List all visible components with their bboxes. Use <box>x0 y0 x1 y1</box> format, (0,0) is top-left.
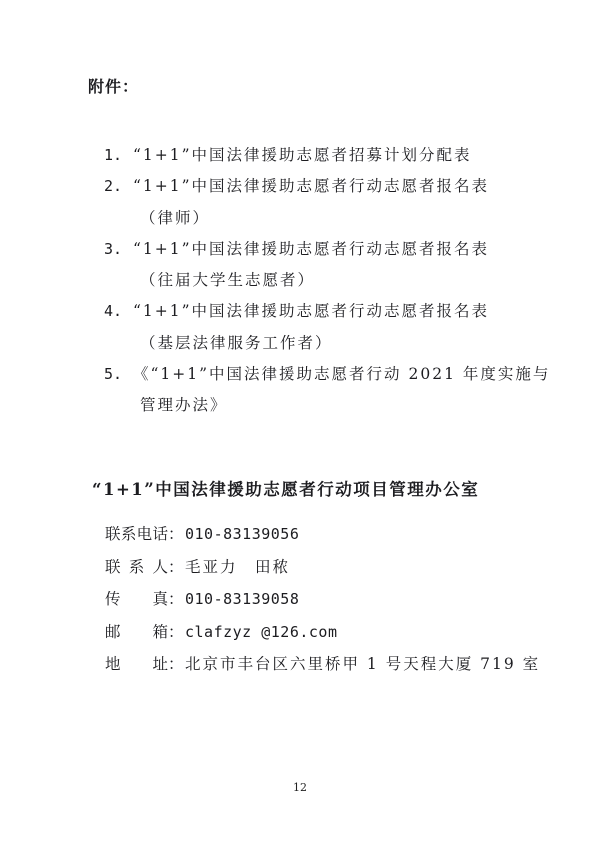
attachment-item-4: 4. “1+1”中国法律援助志愿者行动志愿者报名表 （基层法律服务工作者） <box>104 296 544 359</box>
item-subtitle: （基层法律服务工作者） <box>140 328 544 359</box>
contact-fax-value: 010-83139058 <box>185 583 299 616</box>
item-number: 5. <box>104 359 133 390</box>
contact-person-value: 毛亚力 田秾 <box>185 551 290 584</box>
item-text: “1+1”中国法律援助志愿者招募计划分配表 <box>133 140 544 171</box>
attachment-list: 1. “1+1”中国法律援助志愿者招募计划分配表 2. “1+1”中国法律援助志… <box>104 140 544 422</box>
item-text: “1+1”中国法律援助志愿者行动志愿者报名表 （律师） <box>133 171 544 234</box>
contact-colon: ： <box>168 648 185 681</box>
contact-row-fax: 传真：010-83139058 <box>105 583 565 616</box>
attachment-item-5: 5. 《“1+1”中国法律援助志愿者行动 2021 年度实施与 管理办法》 <box>104 359 544 422</box>
contact-row-address: 地址：北京市丰台区六里桥甲 1 号天程大厦 719 室 <box>105 648 565 681</box>
contact-label: 邮箱 <box>105 616 168 649</box>
attachment-heading: 附件： <box>88 74 139 97</box>
item-text: “1+1”中国法律援助志愿者行动志愿者报名表 （基层法律服务工作者） <box>133 296 544 359</box>
item-title: “1+1”中国法律援助志愿者行动志愿者报名表 <box>133 234 544 265</box>
contact-label: 地址 <box>105 648 168 681</box>
contact-colon: ： <box>168 616 185 649</box>
item-subtitle: （律师） <box>140 203 544 234</box>
contact-colon: ： <box>168 551 185 584</box>
contact-colon: ： <box>168 518 185 551</box>
contact-phone-value: 010-83139056 <box>185 518 299 551</box>
contact-label: 传真 <box>105 583 168 616</box>
office-title: “1+1”中国法律援助志愿者行动项目管理办公室 <box>92 478 479 502</box>
item-title: “1+1”中国法律援助志愿者行动志愿者报名表 <box>133 296 544 327</box>
contact-row-person: 联系人：毛亚力 田秾 <box>105 551 565 584</box>
attachment-item-3: 3. “1+1”中国法律援助志愿者行动志愿者报名表 （往届大学生志愿者） <box>104 234 544 297</box>
item-subtitle: 管理办法》 <box>140 390 550 421</box>
item-text: “1+1”中国法律援助志愿者行动志愿者报名表 （往届大学生志愿者） <box>133 234 544 297</box>
attachment-item-1: 1. “1+1”中国法律援助志愿者招募计划分配表 <box>104 140 544 171</box>
item-text: 《“1+1”中国法律援助志愿者行动 2021 年度实施与 管理办法》 <box>133 359 550 422</box>
attachment-item-2: 2. “1+1”中国法律援助志愿者行动志愿者报名表 （律师） <box>104 171 544 234</box>
item-title: 《“1+1”中国法律援助志愿者行动 2021 年度实施与 <box>133 359 550 390</box>
document-page: 附件： 1. “1+1”中国法律援助志愿者招募计划分配表 2. “1+1”中国法… <box>0 0 600 848</box>
contact-address-value: 北京市丰台区六里桥甲 1 号天程大厦 719 室 <box>185 648 540 681</box>
item-number: 3. <box>104 234 133 265</box>
item-number: 1. <box>104 140 133 171</box>
contact-block: 联系电话：010-83139056 联系人：毛亚力 田秾 传真：010-8313… <box>105 518 565 681</box>
contact-row-email: 邮箱：clafzyz @126.com <box>105 616 565 649</box>
item-number: 4. <box>104 296 133 327</box>
contact-label: 联系人 <box>105 551 168 584</box>
item-subtitle: （往届大学生志愿者） <box>140 265 544 296</box>
contact-row-phone: 联系电话：010-83139056 <box>105 518 565 551</box>
contact-colon: ： <box>168 583 185 616</box>
page-number: 12 <box>0 781 600 794</box>
contact-email-value: clafzyz @126.com <box>185 616 338 649</box>
item-title: “1+1”中国法律援助志愿者招募计划分配表 <box>133 140 544 171</box>
contact-label: 联系电话 <box>105 518 168 551</box>
item-title: “1+1”中国法律援助志愿者行动志愿者报名表 <box>133 171 544 202</box>
item-number: 2. <box>104 171 133 202</box>
